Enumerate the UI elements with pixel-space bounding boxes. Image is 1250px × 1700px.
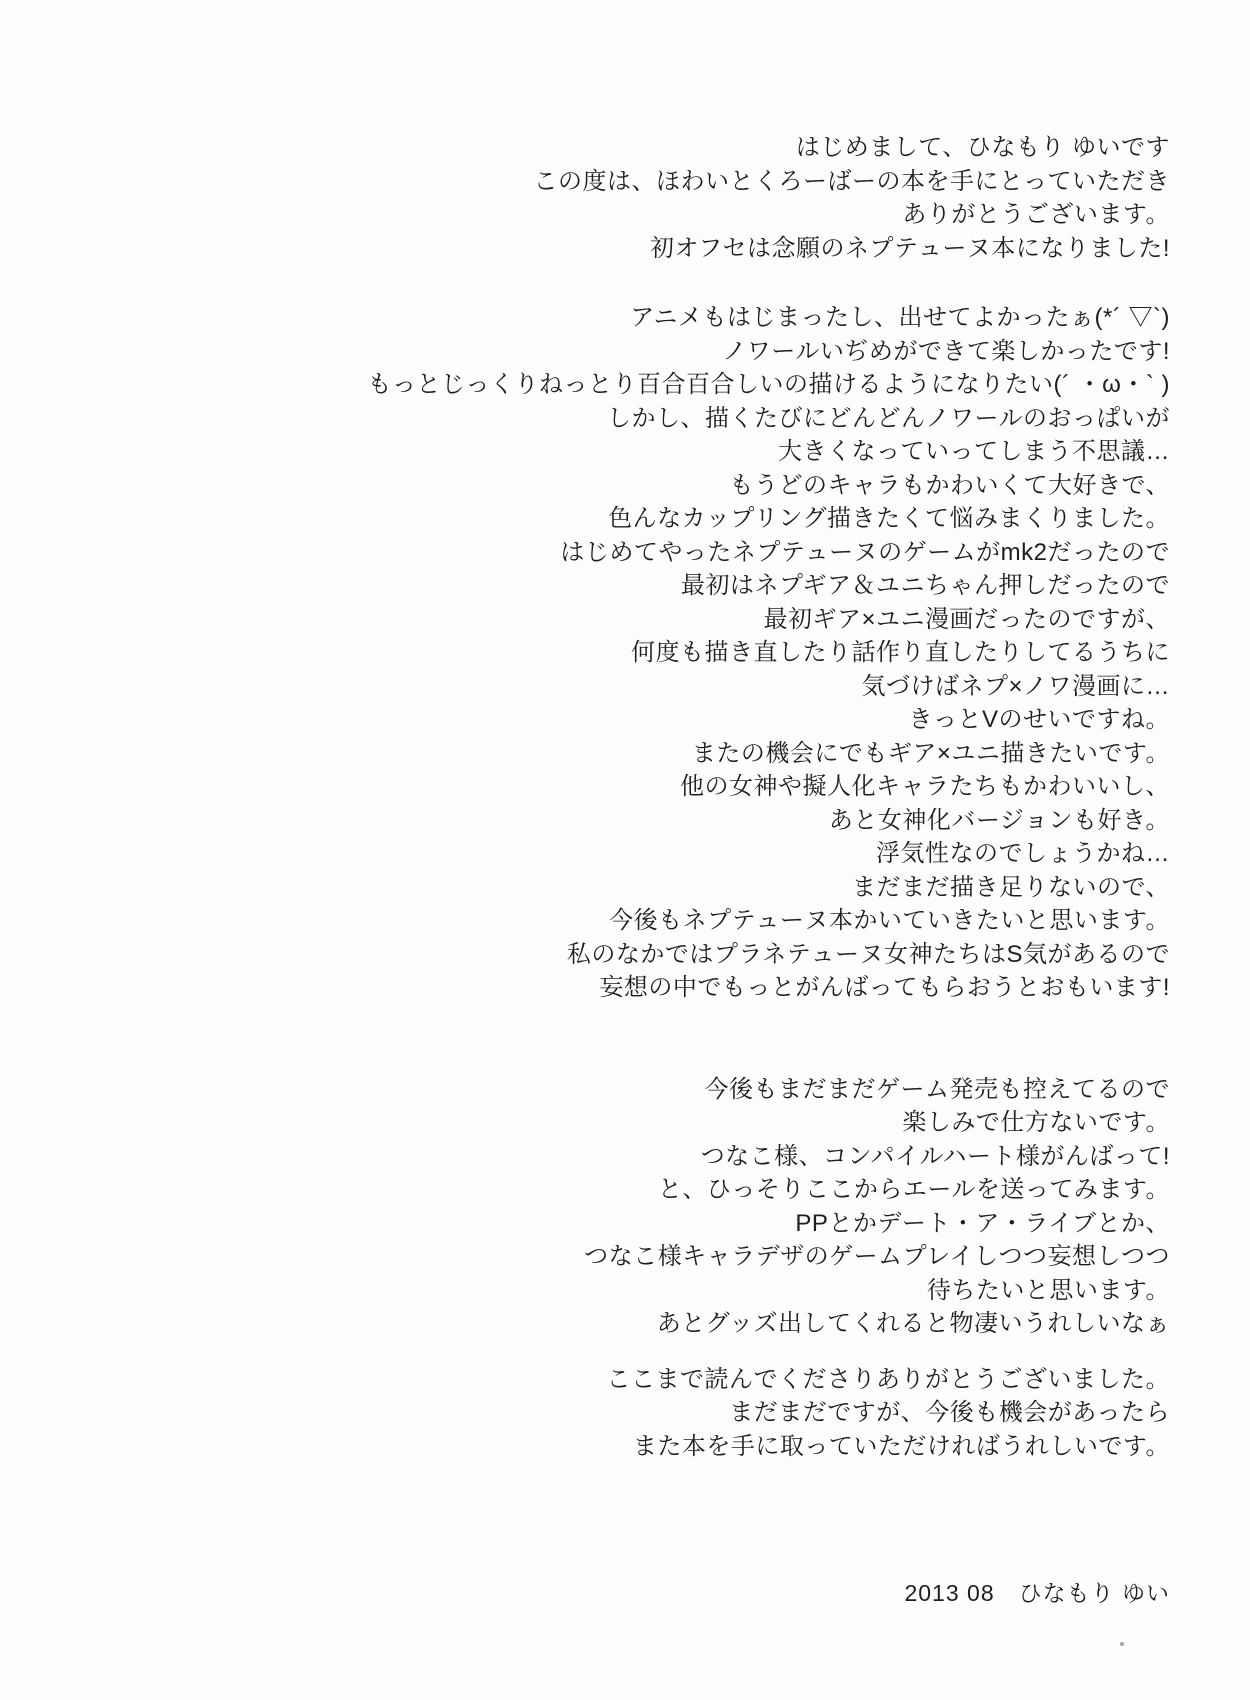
main-paragraph: アニメもはじまったし、出せてよかったぁ(*´ ▽`) ノワールいぢめができて楽し… <box>90 301 1170 1005</box>
closing-paragraph: ここまで読んでくださりありがとうございました。 まだまだですが、今後も機会があっ… <box>90 1363 1170 1464</box>
afterword-line: この度は、ほわいとくろーばーの本を手にとっていただき <box>90 165 1170 199</box>
afterword-line: まだまだですが、今後も機会があったら <box>90 1396 1170 1430</box>
afterword-line: 楽しみで仕方ないです。 <box>90 1106 1170 1140</box>
afterword-line: 最初ギア×ユニ漫画だったのですが、 <box>90 603 1170 637</box>
afterword-line: もうどのキャラもかわいくて大好きで、 <box>90 469 1170 503</box>
afterword-line: アニメもはじまったし、出せてよかったぁ(*´ ▽`) <box>90 301 1170 335</box>
afterword-line: また本を手に取っていただければうれしいです。 <box>90 1430 1170 1464</box>
afterword-line: 大きくなっていってしまう不思議… <box>90 435 1170 469</box>
afterword-line: またの機会にでもギア×ユニ描きたいです。 <box>90 737 1170 771</box>
opening-paragraph: はじめまして、ひなもり ゆいです この度は、ほわいとくろーばーの本を手にとってい… <box>90 131 1170 265</box>
afterword-line: 何度も描き直したり話作り直したりしてるうちに <box>90 636 1170 670</box>
afterword-text-column: はじめまして、ひなもり ゆいです この度は、ほわいとくろーばーの本を手にとってい… <box>90 131 1170 1611</box>
afterword-line: ノワールいぢめができて楽しかったです! <box>90 335 1170 369</box>
scanned-afterword-page: はじめまして、ひなもり ゆいです この度は、ほわいとくろーばーの本を手にとってい… <box>0 0 1250 1700</box>
afterword-line: 浮気性なのでしょうかね… <box>90 837 1170 871</box>
afterword-line: もっとじっくりねっとり百合百合しいの描けるようになりたい(´ ・ω・` ) <box>90 368 1170 402</box>
afterword-line: つなこ様、コンパイルハート様がんばって! <box>90 1140 1170 1174</box>
afterword-line: はじめまして、ひなもり ゆいです <box>90 131 1170 165</box>
afterword-line: はじめてやったネプテューヌのゲームがmk2だったので <box>90 536 1170 570</box>
afterword-line: PPとかデート・ア・ライブとか、 <box>90 1207 1170 1241</box>
afterword-line: 今後もネプテューヌ本かいていきたいと思います。 <box>90 904 1170 938</box>
afterword-line: つなこ様キャラデザのゲームプレイしつつ妄想しつつ <box>90 1240 1170 1274</box>
afterword-line: 待ちたいと思います。 <box>90 1274 1170 1308</box>
future-paragraph: 今後もまだまだゲーム発売も控えてるので 楽しみで仕方ないです。 つなこ様、コンパ… <box>90 1073 1170 1341</box>
scan-artifact-dot <box>1120 1642 1124 1646</box>
afterword-line: ここまで読んでくださりありがとうございました。 <box>90 1363 1170 1397</box>
afterword-line: しかし、描くたびにどんどんノワールのおっぱいが <box>90 402 1170 436</box>
afterword-line: 気づけばネプ×ノワ漫画に… <box>90 670 1170 704</box>
afterword-line: あとグッズ出してくれると物凄いうれしいなぁ <box>90 1307 1170 1341</box>
afterword-line: きっとVのせいですね。 <box>90 703 1170 737</box>
afterword-line: 妄想の中でもっとがんばってもらおうとおもいます! <box>90 971 1170 1005</box>
afterword-line: 初オフセは念願のネプテューヌ本になりました! <box>90 232 1170 266</box>
afterword-line: 他の女神や擬人化キャラたちもかわいいし、 <box>90 770 1170 804</box>
afterword-line: 色んなカップリング描きたくて悩みまくりました。 <box>90 502 1170 536</box>
afterword-line: と、ひっそりここからエールを送ってみます。 <box>90 1173 1170 1207</box>
afterword-line: あと女神化バージョンも好き。 <box>90 804 1170 838</box>
signature-date-author: 2013 08 ひなもり ゆい <box>90 1577 1170 1611</box>
afterword-line: まだまだ描き足りないので、 <box>90 871 1170 905</box>
afterword-line: 私のなかではプラネテューヌ女神たちはS気があるので <box>90 938 1170 972</box>
afterword-line: 今後もまだまだゲーム発売も控えてるので <box>90 1073 1170 1107</box>
afterword-line: ありがとうございます。 <box>90 198 1170 232</box>
afterword-line: 最初はネプギア＆ユニちゃん押しだったので <box>90 569 1170 603</box>
